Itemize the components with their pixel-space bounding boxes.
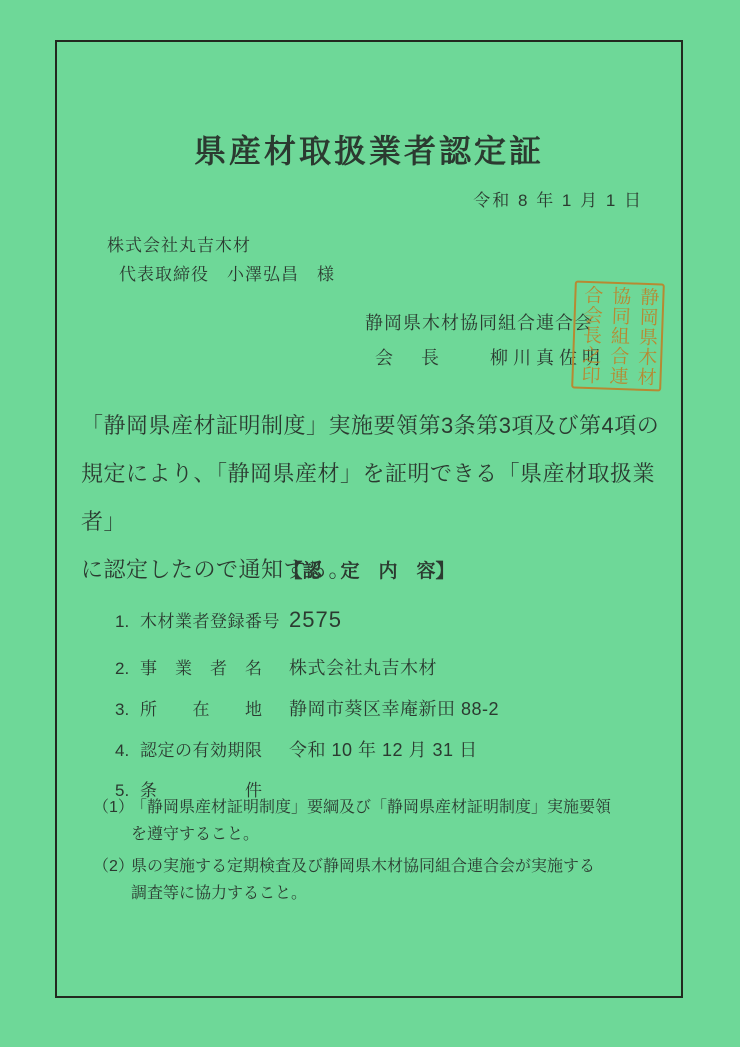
issuer-president-name: 会 長 柳川真佐明 — [375, 344, 605, 370]
item-number: 4. — [115, 739, 140, 763]
issuer-organization: 静岡県木材協同組合連合会 — [365, 309, 593, 335]
conditions-list: （1） 「静岡県産材証明制度」要綱及び「静岡県産材証明制度」実施要領 を遵守する… — [93, 794, 657, 912]
item-value: 令和 10 年 12 月 31 日 — [289, 738, 478, 762]
item-row-business-name: 2. 事 業 者 名 株式会社丸吉木材 — [115, 656, 661, 681]
certificate-title: 県産材取扱業者認定証 — [57, 126, 681, 172]
item-row-registration-number: 1. 木材業者登録番号 2575 — [115, 608, 661, 634]
issuer-seal-stamp: 静岡県木材協同組合連合会長之印 — [571, 280, 665, 391]
addressee-company-name: 株式会社丸吉木材 — [107, 231, 251, 256]
condition-line: 県の実施する定期検査及び静岡県木材協同組合連合会が実施する — [131, 853, 657, 880]
certification-items-list: 1. 木材業者登録番号 2575 2. 事 業 者 名 株式会社丸吉木材 3. … — [115, 608, 661, 819]
item-row-address: 3. 所 在 地 静岡市葵区幸庵新田 88-2 — [115, 697, 661, 722]
item-number: 1. — [115, 610, 140, 634]
item-number: 2. — [115, 657, 140, 681]
item-row-valid-until: 4. 認定の有効期限 令和 10 年 12 月 31 日 — [115, 738, 661, 763]
certificate-border-frame: 県産材取扱業者認定証 令和 8 年 1 月 1 日 株式会社丸吉木材 代表取締役… — [55, 40, 683, 998]
item-value: 株式会社丸吉木材 — [289, 656, 437, 680]
item-label: 認定の有効期限 — [140, 739, 289, 763]
certification-details-heading: 【認 定 内 容】 — [57, 556, 681, 583]
condition-item-2: （2） 県の実施する定期検査及び静岡県木材協同組合連合会が実施する 調査等に協力… — [93, 853, 657, 907]
item-value: 静岡市葵区幸庵新田 88-2 — [289, 697, 499, 721]
body-line-2: 規定により、「静岡県産材」を証明できる「県産材取扱業者」 — [81, 450, 663, 546]
condition-text: 県の実施する定期検査及び静岡県木材協同組合連合会が実施する 調査等に協力すること… — [131, 853, 657, 907]
certificate-page: 県産材取扱業者認定証 令和 8 年 1 月 1 日 株式会社丸吉木材 代表取締役… — [0, 0, 740, 1047]
item-label: 木材業者登録番号 — [140, 610, 289, 634]
condition-item-1: （1） 「静岡県産材証明制度」要綱及び「静岡県産材証明制度」実施要領 を遵守する… — [93, 794, 657, 848]
condition-line: を遵守すること。 — [131, 821, 657, 848]
condition-number: （2） — [93, 853, 131, 907]
addressee-representative: 代表取締役 小澤弘昌 様 — [119, 260, 335, 285]
condition-text: 「静岡県産材証明制度」要綱及び「静岡県産材証明制度」実施要領 を遵守すること。 — [131, 794, 657, 848]
item-label: 事 業 者 名 — [140, 657, 289, 681]
issue-date: 令和 8 年 1 月 1 日 — [473, 186, 643, 211]
condition-line: 「静岡県産材証明制度」要綱及び「静岡県産材証明制度」実施要領 — [131, 794, 657, 821]
body-line-1: 「静岡県産材証明制度」実施要領第3条第3項及び第4項の — [81, 402, 663, 450]
item-value: 2575 — [289, 608, 342, 632]
item-number: 3. — [115, 698, 140, 722]
item-label: 所 在 地 — [140, 698, 289, 722]
condition-line: 調査等に協力すること。 — [131, 880, 657, 907]
condition-number: （1） — [93, 794, 131, 848]
